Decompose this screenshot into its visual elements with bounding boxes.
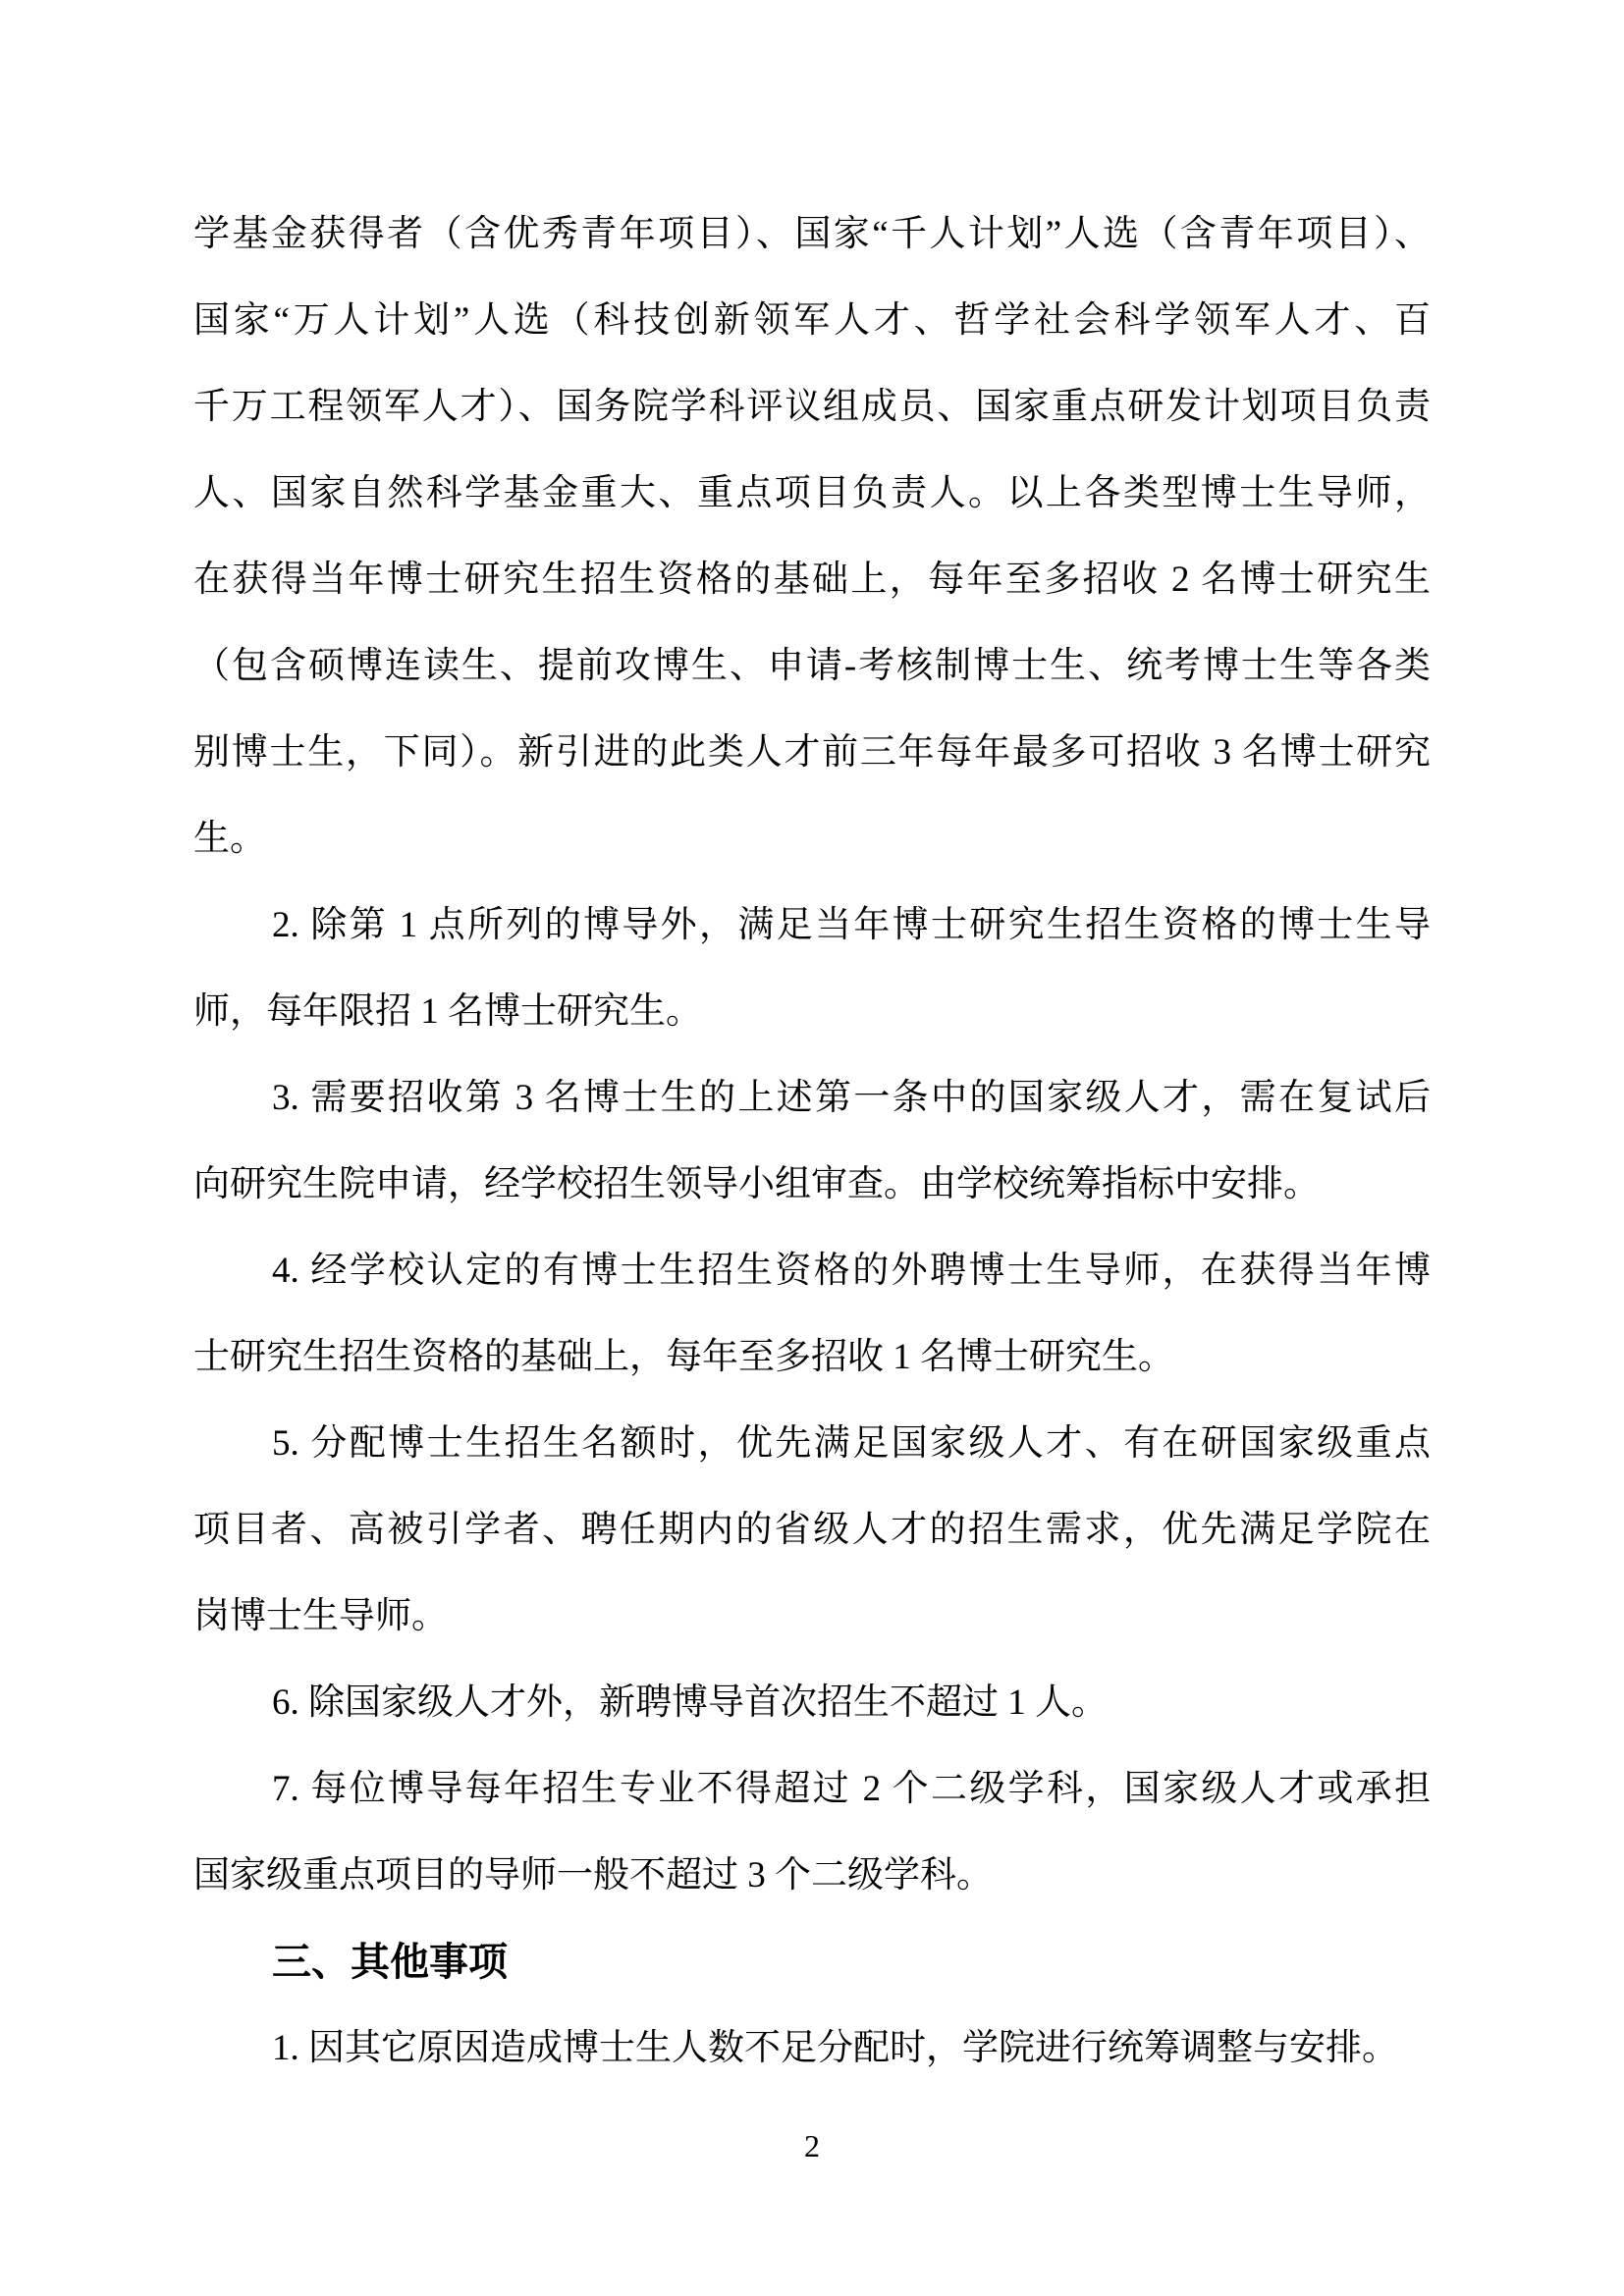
text-line: 7. 每位博导每年招生专业不得超过 2 个二级学科，国家级人才或承担	[193, 1746, 1431, 1833]
text-line: 3. 需要招收第 3 名博士生的上述第一条中的国家级人才，需在复试后	[193, 1055, 1431, 1142]
text-line: 人、国家自然科学基金重大、重点项目负责人。以上各类型博士生导师，	[193, 451, 1431, 537]
text-line: 4. 经学校认定的有博士生招生资格的外聘博士生导师，在获得当年博	[193, 1228, 1431, 1314]
text-line: 别博士生，下同）。新引进的此类人才前三年每年最多可招收 3 名博士研究	[193, 710, 1431, 796]
text-line: 6. 除国家级人才外，新聘博导首次招生不超过 1 人。	[193, 1660, 1431, 1746]
page-number: 2	[0, 2126, 1624, 2165]
document-body: 学基金获得者（含优秀青年项目）、国家“千人计划”人选（含青年项目）、国家“万人计…	[193, 191, 1431, 2092]
text-line: 生。	[193, 796, 1431, 882]
text-line: 国家“万人计划”人选（科技创新领军人才、哲学社会科学领军人才、百	[193, 278, 1431, 364]
document-page: 学基金获得者（含优秀青年项目）、国家“千人计划”人选（含青年项目）、国家“万人计…	[0, 0, 1624, 2296]
text-line: 项目者、高被引学者、聘任期内的省级人才的招生需求，优先满足学院在	[193, 1487, 1431, 1574]
text-line: 2. 除第 1 点所列的博导外，满足当年博士研究生招生资格的博士生导	[193, 882, 1431, 969]
text-line: 学基金获得者（含优秀青年项目）、国家“千人计划”人选（含青年项目）、	[193, 191, 1431, 278]
text-line: 国家级重点项目的导师一般不超过 3 个二级学科。	[193, 1833, 1431, 1919]
section-heading: 三、其他事项	[193, 1919, 1431, 2005]
text-line: 向研究生院申请，经学校招生领导小组审查。由学校统筹指标中安排。	[193, 1142, 1431, 1228]
text-line: 岗博士生导师。	[193, 1574, 1431, 1660]
text-line: 1. 因其它原因造成博士生人数不足分配时，学院进行统筹调整与安排。	[193, 2005, 1431, 2092]
text-line: 千万工程领军人才）、国务院学科评议组成员、国家重点研发计划项目负责	[193, 364, 1431, 451]
text-line: 士研究生招生资格的基础上，每年至多招收 1 名博士研究生。	[193, 1314, 1431, 1401]
text-line: 师，每年限招 1 名博士研究生。	[193, 969, 1431, 1055]
text-line: 在获得当年博士研究生招生资格的基础上，每年至多招收 2 名博士研究生	[193, 537, 1431, 623]
text-line: （包含硕博连读生、提前攻博生、申请-考核制博士生、统考博士生等各类	[193, 623, 1431, 710]
text-line: 5. 分配博士生招生名额时，优先满足国家级人才、有在研国家级重点	[193, 1401, 1431, 1487]
